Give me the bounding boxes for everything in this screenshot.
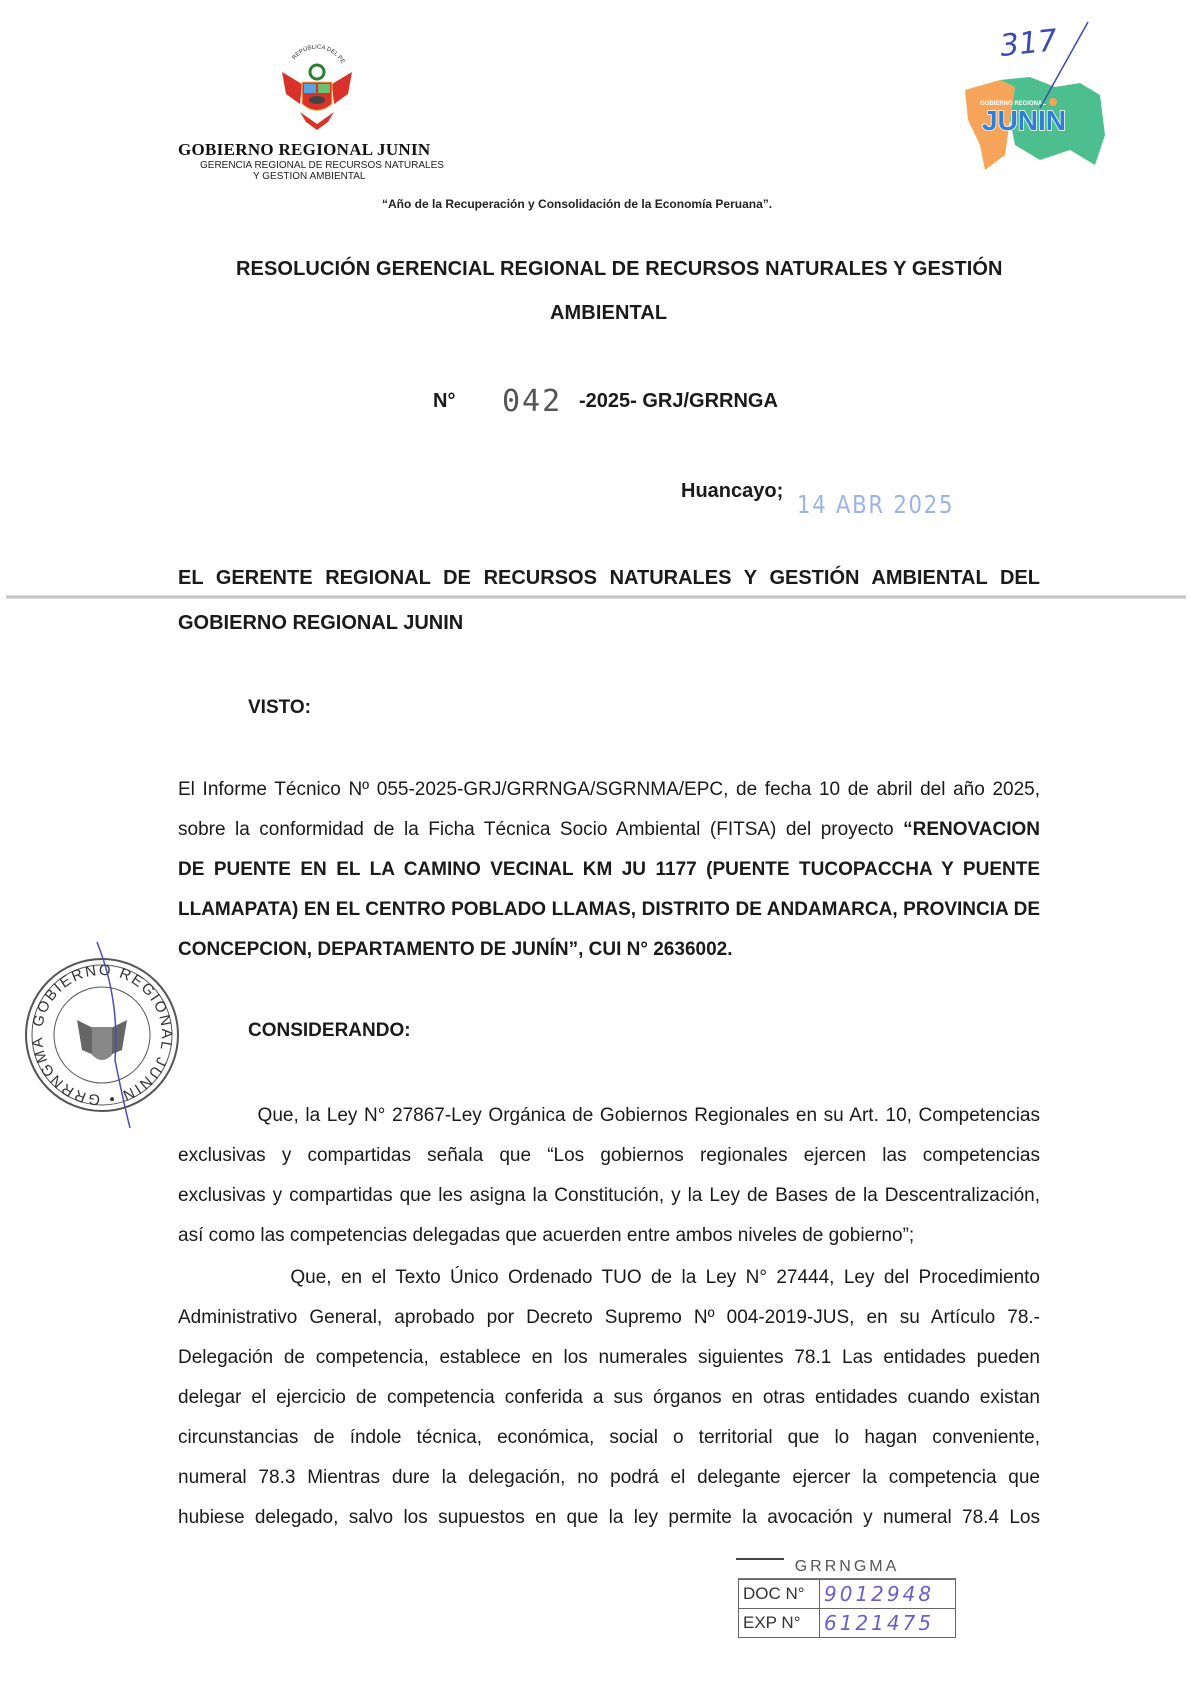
paragraph-line: Que, la Ley N° 27867-Ley Orgánica de Gob… bbox=[178, 1096, 1040, 1136]
issuer-line1: EL GERENTE REGIONAL DE RECURSOS NATURALE… bbox=[178, 567, 1040, 590]
paragraph-line: Administrativo General, aprobado por Dec… bbox=[178, 1298, 1040, 1338]
paragraph-line: exclusivas y compartidas señala que “Los… bbox=[178, 1136, 1040, 1176]
resolution-number-suffix: -2025- GRJ/GRRNGA bbox=[579, 390, 778, 413]
registry-value: 6121475 bbox=[820, 1609, 956, 1638]
registry-stamp: GRRNGMA DOC N° 9012948 EXP N° 6121475 bbox=[738, 1558, 956, 1638]
considerando-heading: CONSIDERANDO: bbox=[248, 1020, 411, 1042]
registry-value: 9012948 bbox=[820, 1580, 956, 1609]
registry-row-exp: EXP N° 6121475 bbox=[739, 1609, 956, 1638]
paragraph-line: circunstancias de índole técnica, económ… bbox=[178, 1418, 1040, 1458]
visto-line: LLAMAPATA) EN EL CENTRO POBLADO LLAMAS, … bbox=[178, 890, 1040, 930]
resolution-title-line1: RESOLUCIÓN GERENCIAL REGIONAL DE RECURSO… bbox=[236, 258, 1003, 281]
visto-line: sobre la conformidad de la Ficha Técnica… bbox=[178, 810, 1040, 850]
department-name-line1: GERENCIA REGIONAL DE RECURSOS NATURALES bbox=[200, 160, 444, 171]
seal-pen-stroke-icon bbox=[95, 940, 145, 1130]
paragraph-line: numeral 78.3 Mientras dure la delegación… bbox=[178, 1458, 1040, 1498]
folio-pen-stroke-icon bbox=[1030, 20, 1090, 110]
paragraph-line: hubiese delegado, salvo los supuestos en… bbox=[178, 1498, 1040, 1538]
considerando-paragraph-2: Que, en el Texto Único Ordenado TUO de l… bbox=[178, 1258, 1040, 1538]
visto-line: DE PUENTE EN EL LA CAMINO VECINAL KM JU … bbox=[178, 850, 1040, 890]
paragraph-line: Delegación de competencia, establece en … bbox=[178, 1338, 1040, 1378]
paragraph-line: Que, en el Texto Único Ordenado TUO de l… bbox=[178, 1258, 1040, 1298]
department-name-line2: Y GESTION AMBIENTAL bbox=[253, 171, 365, 182]
visto-heading: VISTO: bbox=[248, 697, 311, 719]
issuer-line2: GOBIERNO REGIONAL JUNIN bbox=[178, 612, 463, 635]
visto-line: El Informe Técnico Nº 055-2025-GRJ/GRRNG… bbox=[178, 770, 1040, 810]
institution-name: GOBIERNO REGIONAL JUNIN bbox=[178, 140, 431, 160]
resolution-title-line2: AMBIENTAL bbox=[550, 302, 667, 325]
peru-coat-of-arms-icon: REPÚBLICA DEL PERÚ bbox=[272, 42, 362, 132]
registry-label: DOC N° bbox=[739, 1580, 820, 1609]
place-label: Huancayo; bbox=[681, 480, 783, 503]
visto-paragraph: El Informe Técnico Nº 055-2025-GRJ/GRRNG… bbox=[178, 770, 1040, 970]
resolution-number-label: N° bbox=[433, 390, 455, 413]
registry-stamp-title: GRRNGMA bbox=[738, 1558, 956, 1579]
paragraph-line: exclusivas y compartidas que les asigna … bbox=[178, 1176, 1040, 1216]
year-motto: “Año de la Recuperación y Consolidación … bbox=[382, 197, 772, 211]
resolution-number-value: 042 bbox=[502, 384, 562, 419]
paragraph-line: delegar el ejercicio de competencia conf… bbox=[178, 1378, 1040, 1418]
scan-artifact-divider bbox=[6, 595, 1186, 599]
registry-label: EXP N° bbox=[739, 1609, 820, 1638]
paragraph-line: así como las competencias delegadas que … bbox=[178, 1216, 1040, 1256]
visto-line: CONCEPCION, DEPARTAMENTO DE JUNÍN”, CUI … bbox=[178, 930, 1040, 970]
registry-stamp-table: DOC N° 9012948 EXP N° 6121475 bbox=[738, 1579, 956, 1638]
considerando-paragraph-1: Que, la Ley N° 27867-Ley Orgánica de Gob… bbox=[178, 1096, 1040, 1256]
date-stamp: 14 ABR 2025 bbox=[797, 490, 954, 519]
registry-row-doc: DOC N° 9012948 bbox=[739, 1580, 956, 1609]
svg-text:REPÚBLICA DEL PERÚ: REPÚBLICA DEL PERÚ bbox=[272, 42, 345, 65]
